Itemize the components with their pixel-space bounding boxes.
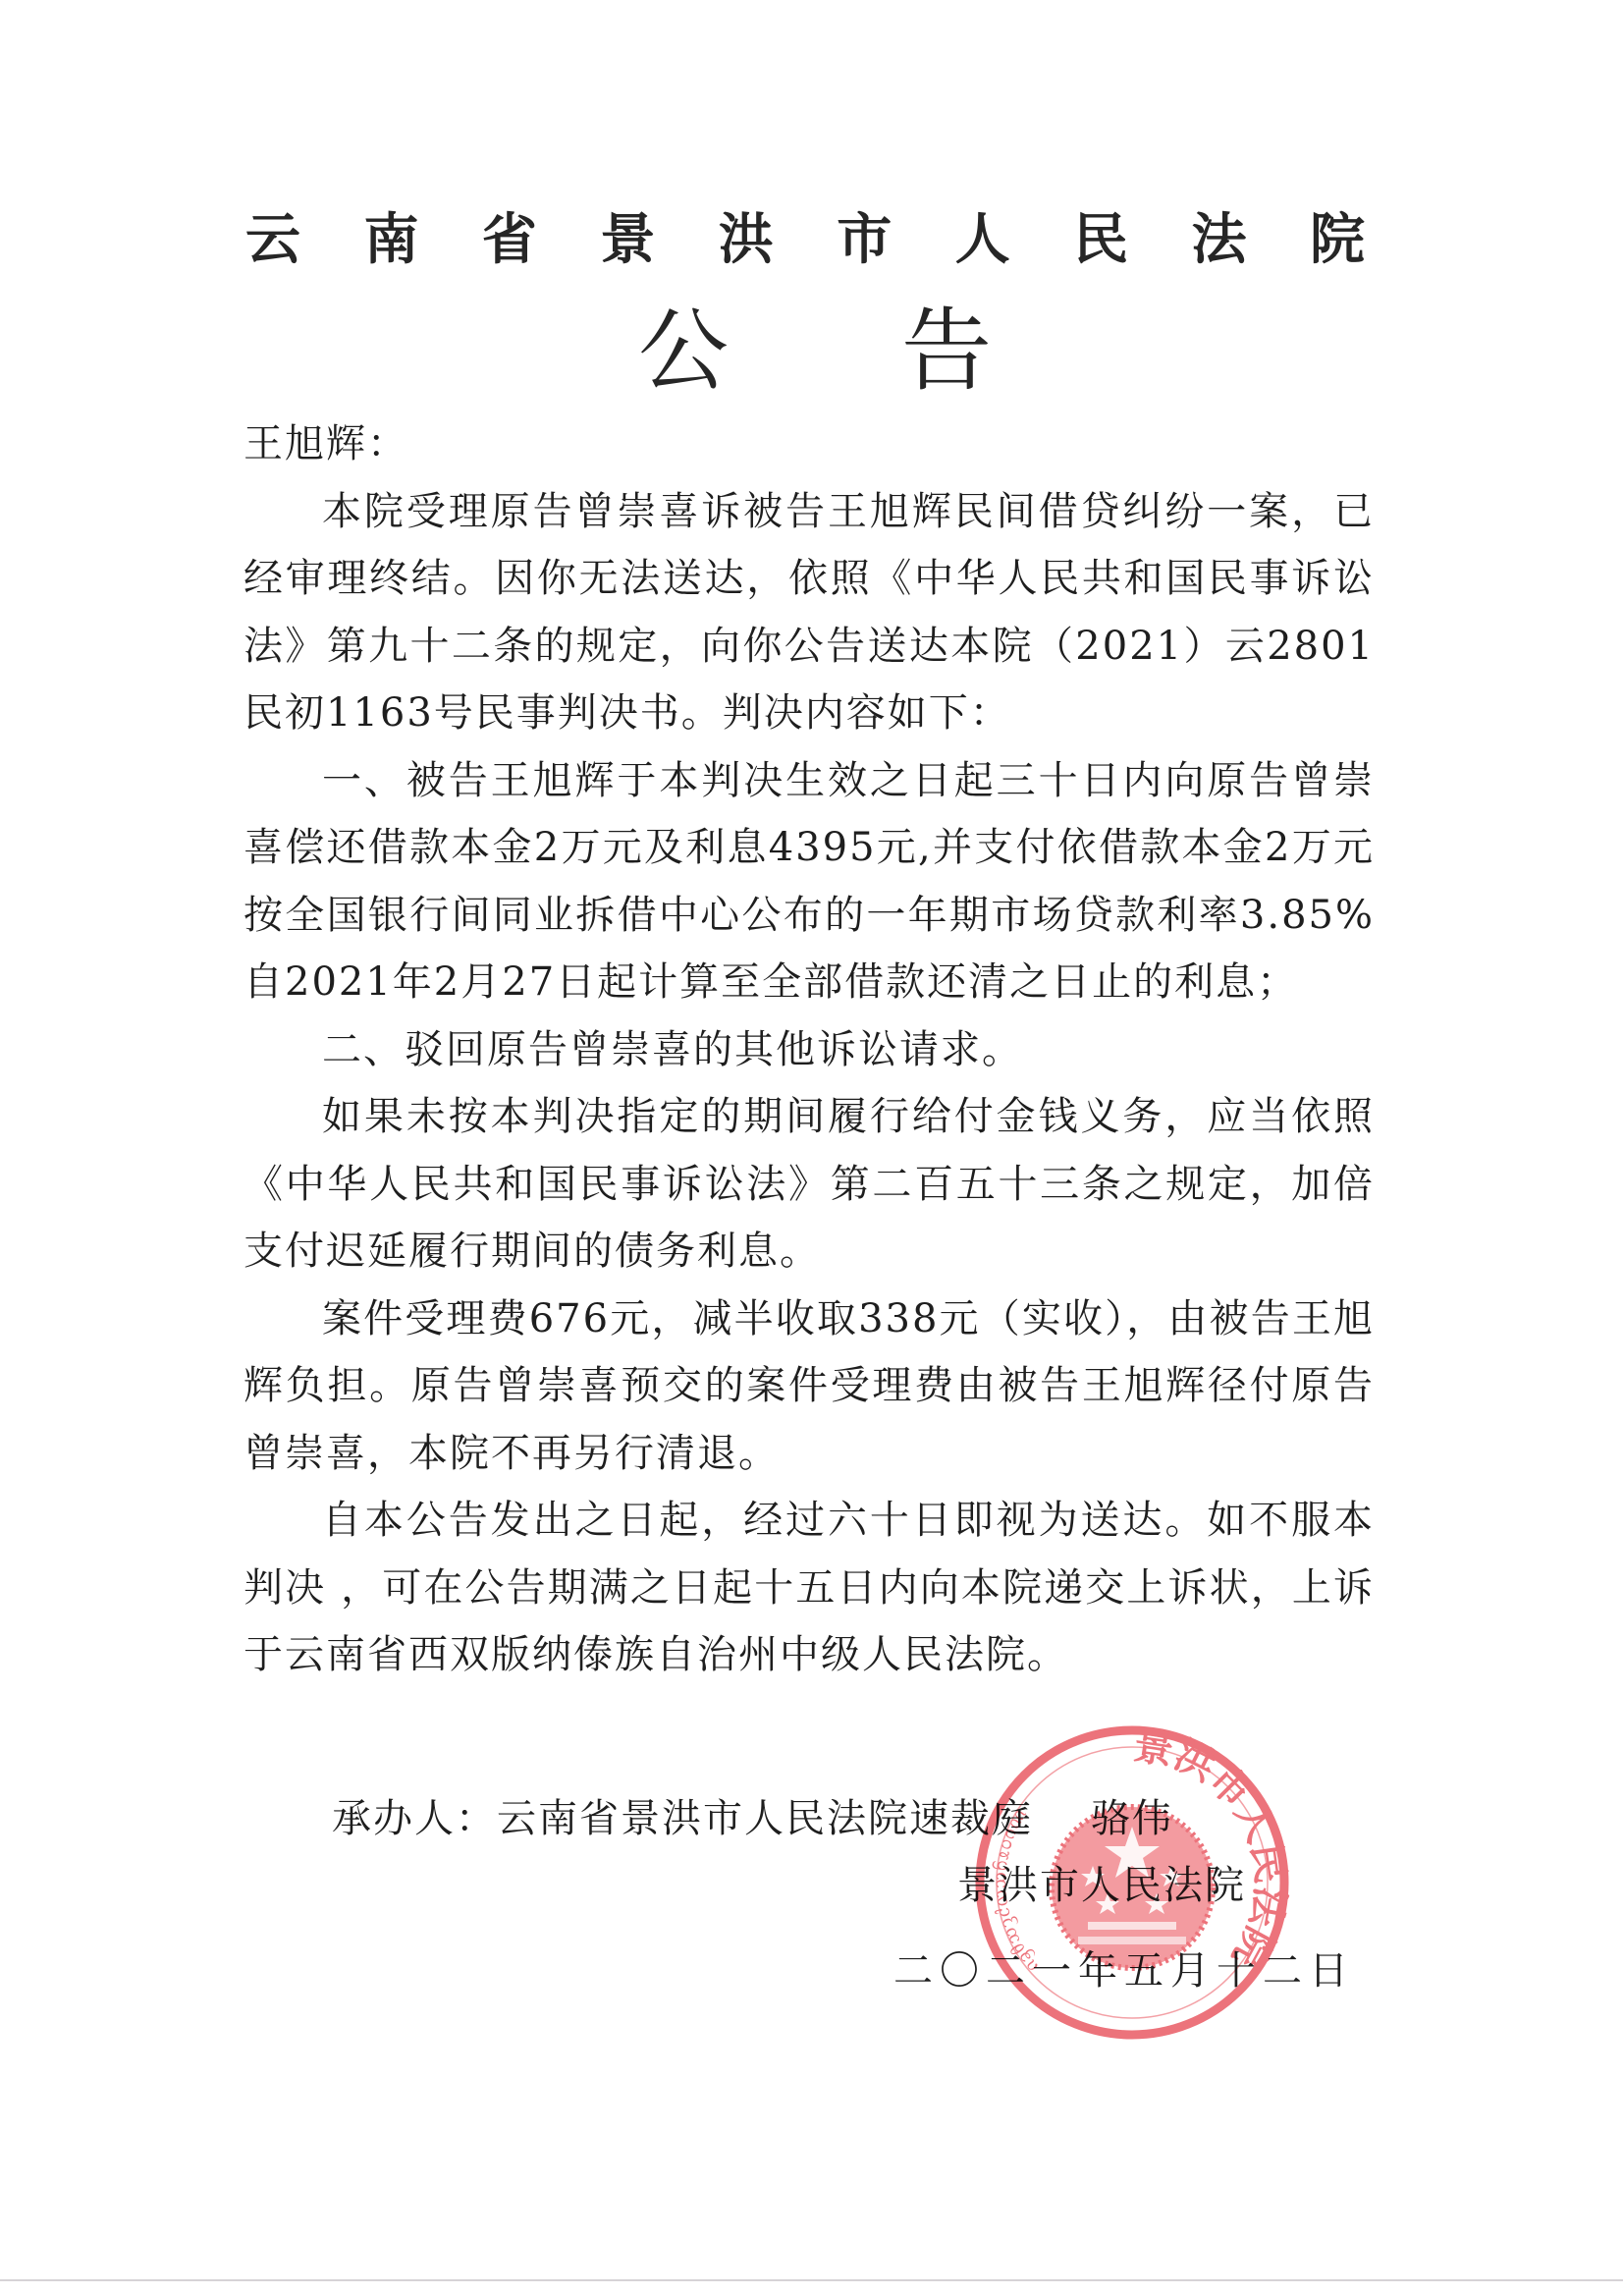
court-name-char: 民 — [1073, 196, 1128, 275]
handler-line: 承办人：云南省景洪市人民法院速裁庭 骆伟 — [332, 1787, 1173, 1843]
notice-title-char: 告 — [901, 279, 992, 409]
svg-text:景洪市人民法院: 景洪市人民法院 — [1131, 1723, 1293, 1976]
paragraph-late-performance: 如果未按本判决指定的期间履行给付金钱义务，应当依照《中华人民共和国民事诉讼法》第… — [243, 1083, 1375, 1285]
court-name-char: 法 — [1192, 196, 1247, 275]
notice-title: 公 告 — [638, 290, 992, 398]
court-name-char: 景 — [600, 196, 655, 275]
document-page: 云 南 省 景 洪 市 人 民 法 院 公 告 王旭辉： 本院受理原告曾崇喜诉被… — [0, 0, 1623, 2296]
paragraph-appeal-notice: 自本公告发出之日起，经过六十日即视为送达。如不服本判决 ，可在公告期满之日起十五… — [243, 1487, 1375, 1689]
court-name-heading: 云 南 省 景 洪 市 人 民 法 院 — [245, 201, 1365, 270]
court-name-char: 院 — [1310, 196, 1365, 275]
court-name-char: 省 — [482, 196, 537, 275]
page-bottom-edge — [0, 2279, 1623, 2281]
paragraph-case-summary: 本院受理原告曾崇喜诉被告王旭辉民间借贷纠纷一案，已经审理终结。因你无法送达，依照… — [243, 478, 1375, 747]
court-name-char: 市 — [837, 196, 892, 275]
issue-date: 二〇二一年五月十二日 — [893, 1940, 1355, 1995]
notice-title-char: 公 — [638, 279, 729, 409]
addressee: 王旭辉： — [243, 410, 1375, 478]
court-name-char: 洪 — [719, 196, 774, 275]
paragraph-court-fees: 案件受理费676元，减半收取338元（实收），由被告王旭辉负担。原告曾崇喜预交的… — [243, 1285, 1375, 1488]
court-name-char: 南 — [363, 196, 418, 275]
court-name-char: 人 — [955, 196, 1010, 275]
notice-body: 王旭辉： 本院受理原告曾崇喜诉被告王旭辉民间借贷纠纷一案，已经审理终结。因你无法… — [243, 410, 1375, 1689]
issuing-court: 景洪市人民法院 — [957, 1854, 1246, 1910]
paragraph-judgment-item-1: 一、被告王旭辉于本判决生效之日起三十日内向原告曾崇喜偿还借款本金2万元及利息43… — [243, 747, 1375, 1016]
paragraph-judgment-item-2: 二、驳回原告曾崇喜的其他诉讼请求。 — [243, 1016, 1375, 1084]
court-name-char: 云 — [245, 196, 300, 275]
